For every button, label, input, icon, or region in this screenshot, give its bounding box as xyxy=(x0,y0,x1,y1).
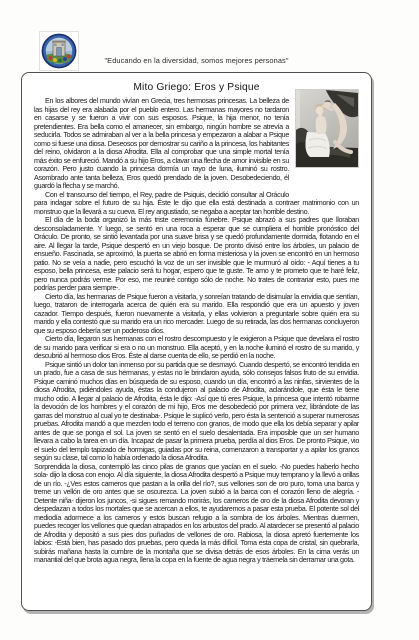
story-paragraph-1: En los albores del mundo vivían en Greci… xyxy=(34,97,359,191)
school-motto: "Educando en la diversidad, somos mejore… xyxy=(21,56,372,65)
story-paragraph-4: Cierto día, las hermanas de Psique fuero… xyxy=(34,293,359,336)
paragraph-text: En los albores del mundo vivían en Greci… xyxy=(34,96,289,190)
document-page: "Educando en la diversidad, somos mejore… xyxy=(0,0,419,640)
story-paragraph-3: El día de la boda organizó la más triste… xyxy=(34,216,359,293)
story-paragraph-5: Cierto día, llegaron sus hermanas con el… xyxy=(34,335,359,361)
story-paragraph-2: Con el transcurso del tiempo, el Rey, pa… xyxy=(34,191,359,217)
story-body: En los albores del mundo vivían en Greci… xyxy=(34,97,359,565)
story-frame: Mito Griego: Eros y Psique xyxy=(21,72,372,611)
school-logo xyxy=(39,31,79,71)
story-paragraph-7: Sorprendida la diosa, contempló las cinc… xyxy=(34,463,359,565)
eros-psyche-painting xyxy=(295,89,359,168)
story-paragraph-6: Psique sintió un dolor tan inmenso por s… xyxy=(34,361,359,463)
